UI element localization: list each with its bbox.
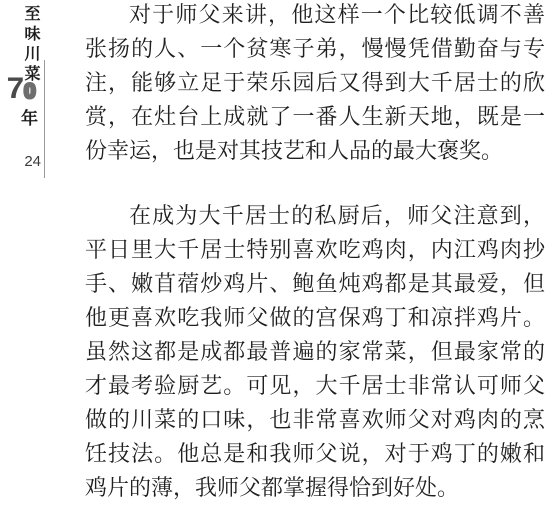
paragraph-1: 对于师父来讲，他这样一个比较低调不善张扬的人、一个贫寒子弟，慢慢凭借勤奋与专注，… — [85, 0, 545, 168]
paragraph-2: 在成为大千居士的私厨后，师父注意到，平日里大千居士特别喜欢吃鸡肉，内江鸡肉抄手、… — [85, 199, 545, 505]
book-page: 至味川菜 7 0 年 24 对于师父来讲，他这样一个比较低调不善张扬的人、一个贫… — [0, 0, 560, 509]
sidebar-vertical-rule — [44, 60, 45, 178]
logo-numeral-seven: 7 — [7, 74, 25, 104]
page-number: 24 — [0, 153, 41, 170]
sidebar: 至味川菜 7 0 年 24 — [0, 0, 60, 509]
body-text: 对于师父来讲，他这样一个比较低调不善张扬的人、一个贫寒子弟，慢慢凭借勤奋与专注，… — [85, 0, 545, 505]
anniversary-70-logo: 7 0 — [7, 80, 43, 104]
logo-numeral-zero-ring: 0 — [24, 81, 36, 102]
anniversary-year-character: 年 — [21, 104, 38, 129]
book-title-vertical: 至味川菜 — [22, 5, 38, 85]
